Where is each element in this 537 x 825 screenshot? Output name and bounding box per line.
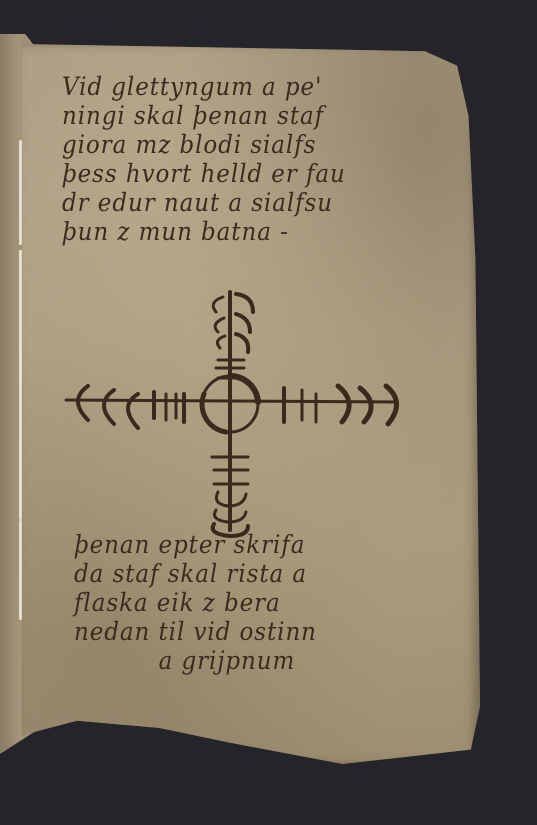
text-line: da staf skal rista a	[74, 559, 317, 588]
text-line: flaska eik z bera	[74, 588, 317, 617]
magical-stave-icon	[58, 282, 408, 542]
text-line: giora mz blodi sialfs	[62, 130, 346, 159]
text-line: dr edur naut a sialfsu	[62, 188, 346, 217]
text-line: ningi skal þenan staf	[62, 101, 346, 130]
text-line: Vid glettyngum a pe'	[62, 72, 346, 101]
text-line: þun z mun batna -	[62, 217, 346, 246]
binding-thread-middle	[19, 250, 22, 520]
text-line: þenan epter skrifa	[74, 530, 317, 559]
bottom-text-block: þenan epter skrifa da staf skal rista a …	[74, 530, 338, 675]
text-line: a grijpnum	[74, 646, 317, 675]
text-line: nedan til vid ostinn	[74, 617, 317, 646]
top-text-block: Vid glettyngum a pe' ningi skal þenan st…	[62, 72, 370, 246]
binding-thread-lower	[19, 520, 22, 620]
text-line: þess hvort helld er fau	[62, 159, 346, 188]
binding-thread-upper	[19, 140, 22, 245]
